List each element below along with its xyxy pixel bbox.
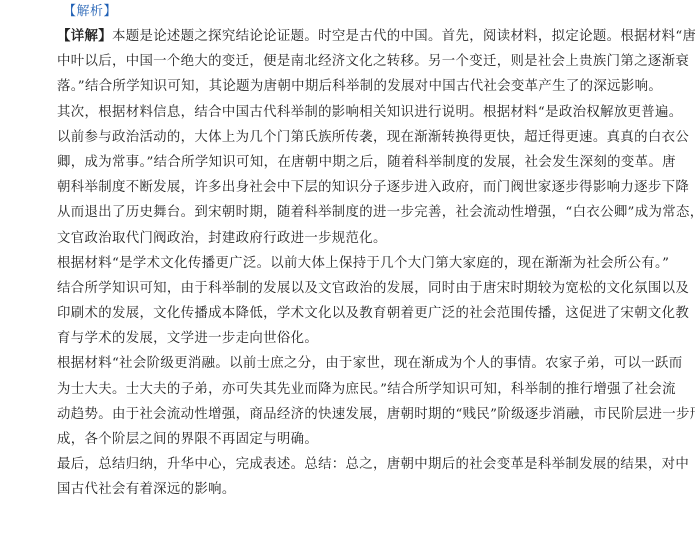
paragraph-line: 动趋势。由于社会流动性增强，商品经济的快速发展，唐朝时期的“贱民”阶级逐步消融，…: [57, 402, 637, 427]
paragraph-line: 文官政治取代门阀政治，封建政府行政进一步规范化。: [57, 226, 637, 251]
paragraph-line: 朝科举制度不断发展，许多出身社会中下层的知识分子逐步进入政府，而门阀世家逐步得影…: [57, 175, 637, 200]
paragraph-line: 为士大夫。士大夫的子弟，亦可失其先业而降为庶民。”结合所学知识可知，科举制的推行…: [57, 377, 637, 402]
line-text: 本题是论述题之探究结论论证题。时空是古代的中国。首先，阅读材料，拟定论题。根据材…: [112, 29, 695, 44]
section-header-analysis: 【解析】: [57, 2, 637, 24]
paragraph-line: 根据材料“社会阶级更消融。以前士庶之分，由于家世，现在渐成为个人的事情。农家子弟…: [57, 351, 637, 376]
paragraph-line: 其次，根据材料信息，结合中国古代科举制的影响相关知识进行说明。根据材料“是政治权…: [57, 100, 637, 125]
detail-tag: 【详解】: [57, 28, 112, 44]
paragraph-line: 从而退出了历史舞台。到宋朝时期，随着科举制度的进一步完善，社会流动性增强，“白衣…: [57, 200, 637, 225]
paragraph-line: 根据材料“是学术文化传播更广泛。以前大体上保持于几个大门第大家庭的，现在渐渐为社…: [57, 251, 637, 276]
paragraph-line: 【详解】本题是论述题之探究结论论证题。时空是古代的中国。首先，阅读材料，拟定论题…: [57, 24, 637, 49]
paragraph-line: 印刷术的发展，文化传播成本降低，学术文化以及教育朝着更广泛的社会范围传播，这促进…: [57, 301, 637, 326]
paragraph-line: 国古代社会有着深远的影响。: [57, 477, 637, 502]
paragraph-line: 中叶以后，中国一个绝大的变迁，便是南北经济文化之转移。另一个变迁，则是社会上贵族…: [57, 49, 637, 74]
paragraph-line: 以前参与政治活动的，大体上为几个门第氏族所传袭，现在渐渐转换得更快，超迁得更速。…: [57, 125, 637, 150]
paragraph-line: 育与学术的发展，文学进一步走向世俗化。: [57, 326, 637, 351]
paragraph-line: 卿，成为常事。”结合所学知识可知，在唐朝中期之后，随着科举制度的发展，社会发生深…: [57, 150, 637, 175]
paragraph-line: 成，各个阶层之间的界限不再固定与明确。: [57, 427, 637, 452]
analysis-document: 【解析】 【详解】本题是论述题之探究结论论证题。时空是古代的中国。首先，阅读材料…: [57, 2, 637, 503]
paragraph-line: 最后，总结归纳，升华中心，完成表述。总结：总之，唐朝中期后的社会变革是科举制发展…: [57, 452, 637, 477]
paragraph-line: 落。”结合所学知识可知，其论题为唐朝中期后科举制的发展对中国古代社会变革产生了的…: [57, 74, 637, 99]
paragraph-line: 结合所学知识可知，由于科举制的发展以及文官政治的发展，同时由于唐宋时期较为宽松的…: [57, 276, 637, 301]
